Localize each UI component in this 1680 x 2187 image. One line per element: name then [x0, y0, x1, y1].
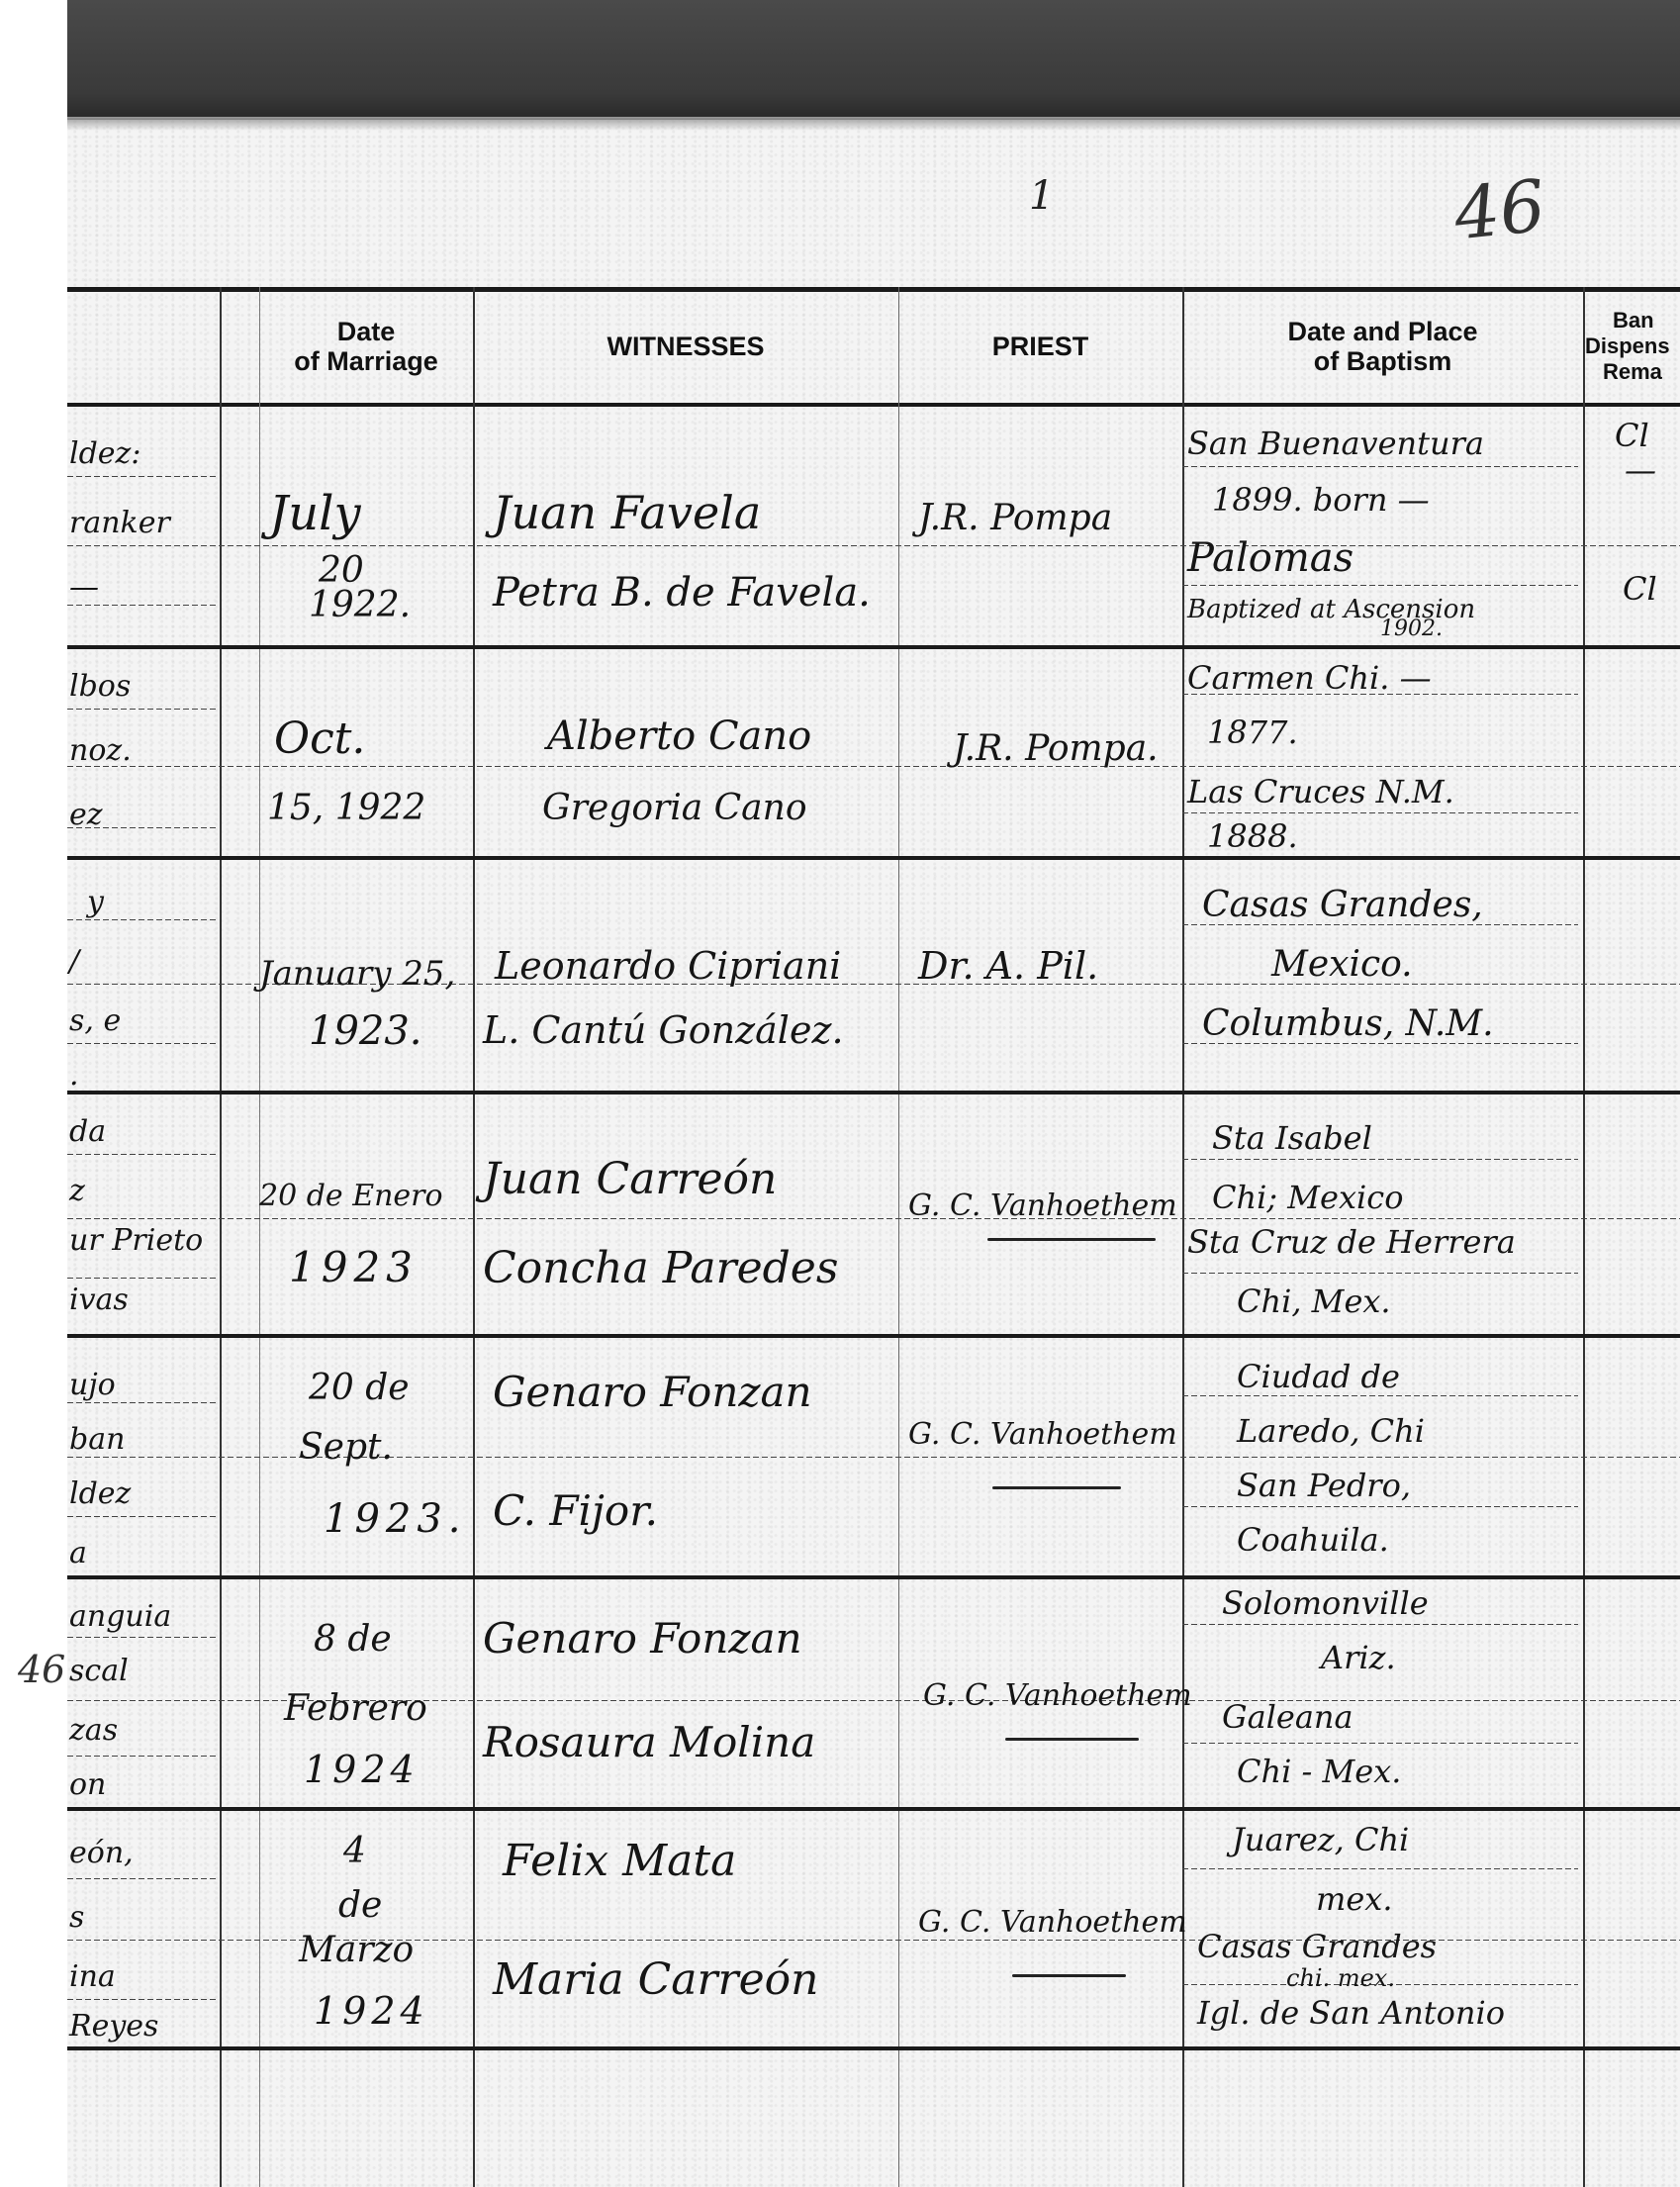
name-fragment: noz.	[69, 733, 132, 768]
baptism-line: San Pedro,	[1237, 1467, 1411, 1504]
name-fragment: anguia	[69, 1599, 171, 1634]
name-fragment: —	[69, 570, 99, 605]
name-fragment: ez	[69, 798, 103, 832]
name-fragment-cell: eón, s ina Reyes	[67, 1811, 216, 2046]
witness-name: Alberto Cano	[547, 713, 811, 759]
date-line: 15, 1922	[267, 788, 425, 828]
name-fragment: on	[69, 1767, 106, 1802]
date-line: de	[338, 1885, 382, 1926]
name-fragment: da	[69, 1114, 106, 1149]
baptism-line: Laredo, Chi	[1237, 1412, 1425, 1450]
witnesses-cell: Genaro Fonzan C. Fijor.	[473, 1338, 898, 1575]
date-of-marriage-cell: 20 de Enero 1923	[259, 1094, 473, 1334]
date-of-marriage-cell: 8 de Febrero 1924	[259, 1579, 473, 1807]
witnesses-cell: Leonardo Cipriani L. Cantú González.	[473, 860, 898, 1091]
baptism-line: Sta Isabel	[1212, 1119, 1372, 1157]
header-remarks-label-1: Ban	[1585, 308, 1654, 333]
date-of-marriage-cell: January 25, 1923.	[259, 860, 473, 1091]
register-entry: lbos noz. ez Oct. 15, 1922 Alberto Cano …	[67, 649, 1680, 856]
witnesses-cell: Juan Favela Petra B. de Favela.	[473, 407, 898, 645]
name-fragment: .	[69, 1058, 79, 1093]
name-fragment-cell: ldez: ranker —	[67, 407, 216, 645]
baptism-cell: Carmen Chi. — 1877. Las Cruces N.M. 1888…	[1182, 649, 1583, 856]
baptism-line: Casas Grandes	[1197, 1928, 1437, 1965]
baptism-line: Carmen Chi. —	[1187, 659, 1432, 697]
witness-name: L. Cantú González.	[483, 1008, 844, 1052]
row-rule-7	[67, 2046, 1680, 2050]
baptism-line: 1902.	[1380, 617, 1443, 641]
priest-cell: J.R. Pompa	[898, 407, 1182, 645]
name-fragment-cell: da z ur Prieto ivas	[67, 1094, 216, 1334]
priest-cell: G. C. Vanhoethem	[898, 1094, 1182, 1334]
baptism-line: Juarez, Chi	[1232, 1821, 1409, 1858]
baptism-line: Ariz.	[1321, 1639, 1396, 1676]
name-fragment: zas	[69, 1713, 118, 1748]
baptism-line: Columbus, N.M.	[1202, 1003, 1494, 1044]
register-entry: ldez: ranker — July 20 1922. Juan Favela…	[67, 407, 1680, 645]
page-number: 46	[1450, 163, 1549, 255]
name-fragment: s	[69, 1900, 84, 1935]
date-of-marriage-cell: Oct. 15, 1922	[259, 649, 473, 856]
page-mark: 1	[1029, 173, 1054, 219]
name-fragment: ivas	[69, 1283, 129, 1317]
witnesses-cell: Genaro Fonzan Rosaura Molina	[473, 1579, 898, 1807]
name-fragment-cell: lbos noz. ez	[67, 649, 216, 856]
priest-signature: J.R. Pompa	[918, 498, 1112, 538]
header-priest-label: PRIEST	[992, 332, 1089, 361]
date-line: July	[269, 486, 361, 541]
header-remarks: Ban Dispens Rema	[1585, 292, 1680, 401]
header-baptism: Date and Place of Baptism	[1182, 292, 1583, 401]
date-line: Sept.	[299, 1427, 393, 1468]
priest-cell: G. C. Vanhoethem	[898, 1579, 1182, 1807]
name-fragment: Reyes	[69, 2009, 158, 2044]
date-line: 20 de	[309, 1368, 410, 1408]
witness-name: Leonardo Cipriani	[495, 944, 841, 988]
baptism-line: 1899. born —	[1212, 481, 1430, 519]
name-fragment: ujo	[69, 1368, 116, 1402]
priest-signature: G. C. Vanhoethem	[908, 1417, 1177, 1452]
name-fragment: ur Prieto	[69, 1223, 203, 1258]
priest-signature: G. C. Vanhoethem	[908, 1189, 1177, 1223]
baptism-line: Galeana	[1222, 1698, 1353, 1736]
name-fragment: /	[69, 944, 79, 979]
witness-name: Genaro Fonzan	[493, 1368, 812, 1416]
register-entry: anguia scal zas on 8 de Febrero 1924 Gen…	[67, 1579, 1680, 1807]
date-line: 1922.	[309, 585, 411, 625]
header-witnesses-label: WITNESSES	[607, 332, 764, 361]
baptism-cell: Juarez, Chi mex. Casas Grandes chi. mex.…	[1182, 1811, 1583, 2046]
header-baptism-label-2: of Baptism	[1314, 346, 1452, 376]
baptism-line: Mexico.	[1271, 944, 1413, 985]
name-fragment: ldez:	[69, 436, 140, 471]
scan-shadow-band	[67, 0, 1680, 120]
priest-signature: G. C. Vanhoethem	[923, 1678, 1192, 1713]
header-date-label: Date	[337, 317, 396, 346]
baptism-line: Chi, Mex.	[1237, 1283, 1391, 1320]
date-line: 20 de Enero	[259, 1179, 443, 1213]
date-line: 1923.	[309, 1008, 422, 1054]
name-fragment: ranker	[69, 506, 170, 540]
header-baptism-label-1: Date and Place	[1287, 317, 1477, 346]
date-line: Febrero	[284, 1688, 427, 1729]
name-fragment: s, e	[69, 1003, 121, 1038]
margin-number: 46	[18, 1648, 65, 1691]
name-fragment: ldez	[69, 1476, 131, 1511]
baptism-line: Chi - Mex.	[1237, 1753, 1401, 1790]
baptism-line: Las Cruces N.M.	[1187, 773, 1454, 810]
header-remarks-label-2: Dispens	[1585, 333, 1670, 359]
date-line: January 25,	[259, 954, 455, 994]
date-of-marriage-cell: 4 de Marzo 1924	[259, 1811, 473, 2046]
baptism-cell: Casas Grandes, Mexico. Columbus, N.M.	[1182, 860, 1583, 1091]
baptism-line: Coahuila.	[1237, 1521, 1389, 1559]
witness-name: Concha Paredes	[483, 1243, 838, 1293]
header-date-of-marriage: Date of Marriage	[259, 292, 473, 401]
baptism-line: Igl. de San Antonio	[1197, 1994, 1505, 2032]
witness-name: Gregoria Cano	[542, 788, 807, 828]
name-fragment: ban	[69, 1422, 125, 1457]
register-entry: eón, s ina Reyes 4 de Marzo 1924 Felix M…	[67, 1811, 1680, 2046]
name-fragment-cell: anguia scal zas on	[67, 1579, 216, 1807]
baptism-line: mex.	[1316, 1880, 1393, 1918]
remark-line: Cl	[1623, 570, 1657, 608]
baptism-line: Casas Grandes,	[1202, 885, 1483, 925]
baptism-line: San Buenaventura	[1187, 425, 1484, 462]
date-line: 1923.	[324, 1496, 467, 1542]
baptism-line: chi. mex.	[1286, 1964, 1395, 1992]
baptism-line: 1877.	[1207, 713, 1298, 751]
name-fragment: ina	[69, 1959, 116, 1994]
priest-cell: J.R. Pompa.	[898, 649, 1182, 856]
priest-cell: G. C. Vanhoethem	[898, 1811, 1182, 2046]
name-fragment: lbos	[69, 669, 131, 704]
baptism-cell: San Buenaventura 1899. born — Palomas Ba…	[1182, 407, 1583, 645]
remark-line: Cl	[1615, 417, 1649, 454]
witnesses-cell: Felix Mata Maria Carreón	[473, 1811, 898, 2046]
name-fragment-cell: y / s, e .	[67, 860, 216, 1091]
witness-name: Felix Mata	[503, 1836, 736, 1886]
baptism-line: Ciudad de	[1237, 1358, 1400, 1395]
register-entry: y / s, e . January 25, 1923. Leonardo Ci…	[67, 860, 1680, 1091]
baptism-line: Palomas	[1187, 535, 1353, 581]
register-entry: da z ur Prieto ivas 20 de Enero 1923 Jua…	[67, 1094, 1680, 1334]
name-fragment: z	[69, 1174, 85, 1208]
baptism-cell: Solomonville Ariz. Galeana Chi - Mex.	[1182, 1579, 1583, 1807]
baptism-cell: Ciudad de Laredo, Chi San Pedro, Coahuil…	[1182, 1338, 1583, 1575]
baptism-line: 1888.	[1207, 817, 1298, 855]
name-fragment-cell: ujo ban ldez a	[67, 1338, 216, 1575]
witness-name: Juan Favela	[493, 486, 761, 539]
witness-name: Petra B. de Favela.	[493, 570, 871, 616]
date-line: 8 de	[314, 1619, 392, 1660]
header-remarks-label-3: Rema	[1585, 359, 1662, 385]
date-line: Oct.	[274, 713, 365, 764]
header-priest: PRIEST	[898, 292, 1182, 401]
witness-name: Maria Carreón	[493, 1954, 818, 2005]
name-fragment: y	[87, 885, 104, 919]
baptism-line: Chi; Mexico	[1212, 1179, 1403, 1216]
priest-signature: Dr. A. Pil.	[918, 944, 1098, 988]
priest-signature: J.R. Pompa.	[953, 728, 1159, 769]
priest-signature: G. C. Vanhoethem	[918, 1905, 1187, 1940]
name-fragment: eón,	[69, 1836, 134, 1870]
date-line: 1924	[304, 1748, 420, 1791]
priest-cell: Dr. A. Pil.	[898, 860, 1182, 1091]
witness-name: Juan Carreón	[483, 1154, 777, 1204]
date-line: 1924	[314, 1989, 429, 2033]
witness-name: Genaro Fonzan	[483, 1614, 802, 1663]
register-entry: ujo ban ldez a 20 de Sept. 1923. Genaro …	[67, 1338, 1680, 1575]
witnesses-cell: Juan Carreón Concha Paredes	[473, 1094, 898, 1334]
remark-line: —	[1625, 451, 1656, 489]
header-witnesses: WITNESSES	[473, 292, 898, 401]
witnesses-cell: Alberto Cano Gregoria Cano	[473, 649, 898, 856]
date-line: Marzo	[299, 1930, 414, 1970]
date-line: 4	[343, 1831, 366, 1871]
baptism-line: Sta Cruz de Herrera	[1187, 1223, 1516, 1261]
baptism-line: Solomonville	[1222, 1584, 1429, 1622]
date-line: 1923	[289, 1243, 419, 1291]
date-of-marriage-cell: July 20 1922.	[259, 407, 473, 645]
remarks-cell: Cl — Cl	[1585, 407, 1680, 645]
date-of-marriage-cell: 20 de Sept. 1923.	[259, 1338, 473, 1575]
priest-cell: G. C. Vanhoethem	[898, 1338, 1182, 1575]
header-of-marriage-label: of Marriage	[294, 346, 438, 376]
witness-name: Rosaura Molina	[483, 1718, 815, 1766]
name-fragment: scal	[69, 1654, 129, 1688]
baptism-cell: Sta Isabel Chi; Mexico Sta Cruz de Herre…	[1182, 1094, 1583, 1334]
name-fragment: a	[69, 1536, 87, 1570]
witness-name: C. Fijor.	[493, 1486, 658, 1535]
